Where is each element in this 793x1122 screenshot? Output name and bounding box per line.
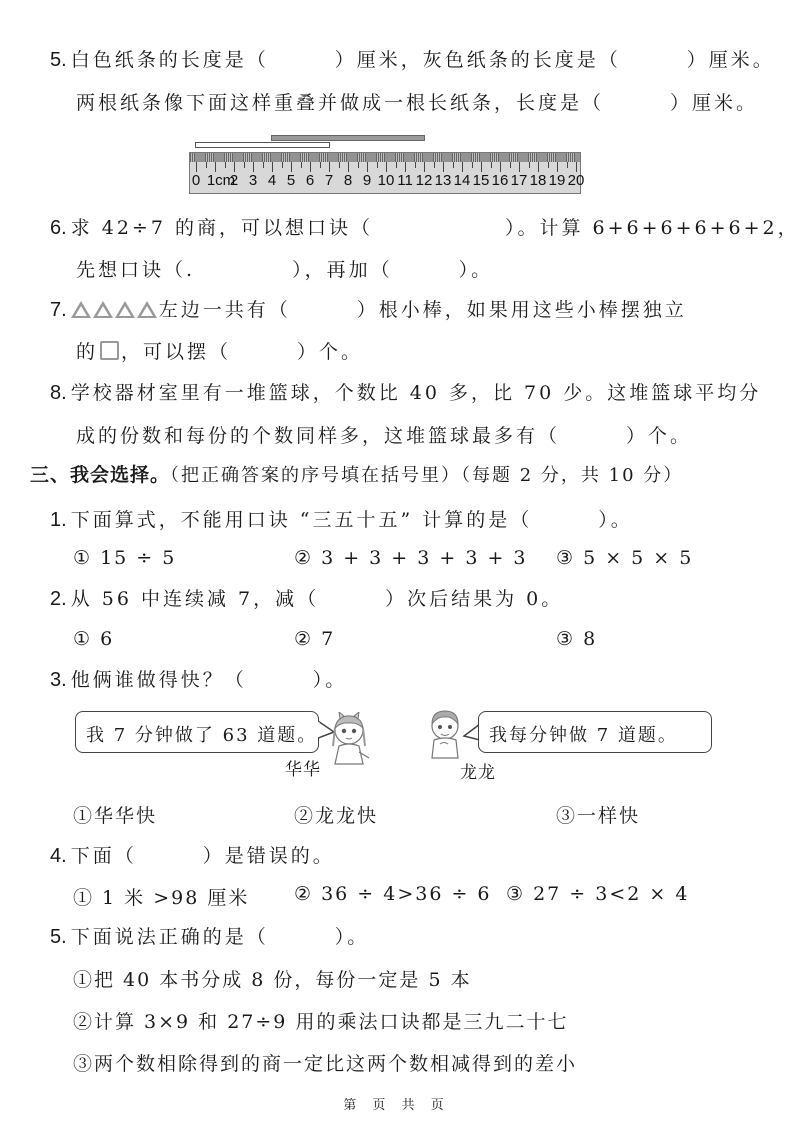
ruler-labels: 01cm234567891011121314151617181920: [196, 172, 576, 192]
ruler-tick: [576, 162, 577, 172]
ruler-tick: [434, 162, 435, 168]
speaker-name-huahua: 华华: [285, 755, 321, 780]
ruler-label: 8: [344, 172, 352, 189]
ruler-tick: [396, 162, 397, 168]
ruler-tick: [234, 162, 235, 172]
ruler-label: 9: [363, 172, 371, 189]
ruler-tick: [424, 162, 425, 172]
q6-text-line2: 先想口诀（. ），再加（ ）。: [76, 259, 493, 281]
s3-q2-stem: 2.从 56 中连续减 7，减（ ）次后结果为 0。: [50, 587, 563, 611]
ruler-tick: [529, 162, 530, 168]
ruler-label: 17: [511, 172, 528, 189]
s3-q5-stem: 5.下面说法正确的是（ ）。: [50, 925, 369, 949]
ruler-tick: [272, 162, 273, 172]
gray-paper-strip: [271, 135, 425, 141]
s3-q4-option-2[interactable]: ② 36 ÷ 4>36 ÷ 6: [294, 883, 492, 905]
ruler-tick: [386, 162, 387, 172]
q7-line2: 的，可以摆（ ）个。: [76, 340, 363, 364]
s3-q1-option-2[interactable]: ② 3 + 3 + 3 + 3 + 3: [294, 547, 528, 569]
ruler-tick: [215, 162, 216, 172]
s3-q4-option-1[interactable]: ① 1 米 >98 厘米: [73, 883, 249, 910]
q7-text-line1: 左边一共有（ ）根小棒，如果用这些小棒摆独立: [159, 299, 687, 321]
s3-q1-option-3[interactable]: ③ 5 × 5 × 5: [556, 547, 693, 569]
ruler-tick: [282, 162, 283, 168]
ruler-tick: [367, 162, 368, 172]
s3-q1-option-1[interactable]: ① 15 ÷ 5: [73, 547, 176, 569]
ruler-tick: [244, 162, 245, 168]
q5-text-line2: 两根纸条像下面这样重叠并做成一根长纸条，长度是（ ）厘米。: [76, 92, 758, 114]
ruler-label: 3: [249, 172, 257, 189]
section3-header: 三、我会选择。（把正确答案的序号填在括号里）（每题 2 分，共 10 分）: [30, 463, 683, 488]
ruler-tick: [206, 162, 207, 168]
ruler-tick: [405, 162, 406, 172]
s3-q3-stem: 3.他俩谁做得快？（ ）。: [50, 668, 347, 692]
s3-q2-number: 2.: [50, 587, 67, 611]
s3-q2-option-3[interactable]: ③ 8: [556, 628, 597, 650]
triangle-icon: [137, 301, 157, 318]
q5-line2: 两根纸条像下面这样重叠并做成一根长纸条，长度是（ ）厘米。: [76, 91, 758, 115]
q8-line2: 成的份数和每份的个数同样多，这堆篮球最多有（ ）个。: [76, 424, 692, 448]
girl-huahua-avatar: [327, 712, 371, 772]
white-paper-strip: [195, 142, 330, 148]
ruler-label: 20: [568, 172, 585, 189]
ruler-label: 10: [378, 172, 395, 189]
ruler-tick: [462, 162, 463, 172]
ruler-tick: [291, 162, 292, 172]
ruler-tick: [310, 162, 311, 172]
ruler-tick: [415, 162, 416, 168]
ruler-tick: [548, 162, 549, 168]
ruler-tick: [538, 162, 539, 172]
ruler-tick: [481, 162, 482, 172]
q6-line2: 先想口诀（. ），再加（ ）。: [76, 258, 493, 282]
ruler-label: 16: [492, 172, 509, 189]
ruler-tick: [443, 162, 444, 172]
ruler-tick: [225, 162, 226, 168]
ruler-label: 7: [325, 172, 333, 189]
q5-text-line1: 白色纸条的长度是（ ）厘米，灰色纸条的长度是（ ）厘米。: [71, 49, 775, 71]
ruler-label: 19: [549, 172, 566, 189]
q6-number: 6.: [50, 216, 67, 240]
ruler-label: 14: [454, 172, 471, 189]
ruler-label: 6: [306, 172, 314, 189]
ruler-tick: [263, 162, 264, 168]
ruler-tick: [339, 162, 340, 168]
ruler-tick: [377, 162, 378, 168]
ruler-tick: [453, 162, 454, 168]
s3-q1-stem: 1.下面算式，不能用口诀 “三五十五” 计算的是（ ）。: [50, 508, 633, 532]
ruler-tick: [472, 162, 473, 168]
s3-q4-stem: 4.下面（ ）是错误的。: [50, 844, 335, 868]
q8-text-line1: 学校器材室里有一堆篮球，个数比 40 多，比 70 少。这堆篮球平均分: [71, 382, 762, 404]
ruler-label: 12: [416, 172, 433, 189]
ruler-figure: 01cm234567891011121314151617181920: [186, 132, 586, 196]
ruler-label: 2: [230, 172, 238, 189]
q5-number: 5.: [50, 48, 67, 72]
q7-text-line2-a: 的: [76, 341, 98, 363]
ruler-tick: [196, 162, 197, 172]
ruler-tick: [567, 162, 568, 168]
ruler-tick: [320, 162, 321, 168]
ruler-label: 5: [287, 172, 295, 189]
s3-q5-option-3[interactable]: ③两个数相除得到的商一定比这两个数相减得到的差小: [73, 1049, 577, 1076]
section3-title: 三、我会选择。: [30, 464, 170, 486]
s3-q5-option-2[interactable]: ②计算 3×9 和 27÷9 用的乘法口诀都是三九二十七: [73, 1007, 568, 1034]
s3-q3-text: 他俩谁做得快？（ ）。: [71, 669, 348, 691]
s3-q3-option-3[interactable]: ③一样快: [556, 801, 640, 828]
q6-line1: 6.求 42÷7 的商，可以想口诀（ ）。计算 6+6+6+6+6+2，: [50, 216, 793, 240]
q6-text-line1: 求 42÷7 的商，可以想口诀（ ）。计算 6+6+6+6+6+2，: [71, 217, 793, 239]
speaker-name-longlong: 龙龙: [460, 758, 496, 783]
ruler-label: 11: [397, 172, 413, 189]
s3-q3-number: 3.: [50, 668, 67, 692]
ruler-label: 0: [192, 172, 200, 189]
s3-q1-number: 1.: [50, 508, 67, 532]
q7-number: 7.: [50, 298, 67, 322]
triangle-sticks-icons: [71, 299, 159, 321]
ruler-tick: [301, 162, 302, 168]
ruler-tick: [500, 162, 501, 172]
ruler-tick: [519, 162, 520, 172]
s3-q4-text: 下面（ ）是错误的。: [71, 845, 335, 867]
speech-bubble-huahua: 我 7 分钟做了 63 道题。: [75, 711, 319, 753]
q7-line1: 7.左边一共有（ ）根小棒，如果用这些小棒摆独立: [50, 298, 687, 322]
triangle-icon: [93, 301, 113, 318]
ruler-label: 18: [530, 172, 547, 189]
ruler-tick: [510, 162, 511, 168]
q8-text-line2: 成的份数和每份的个数同样多，这堆篮球最多有（ ）个。: [76, 425, 692, 447]
triangle-icon: [115, 301, 135, 318]
q5-line1: 5.白色纸条的长度是（ ）厘米，灰色纸条的长度是（ ）厘米。: [50, 48, 775, 72]
speech-bubble-longlong: 我每分钟做 7 道题。: [478, 711, 712, 753]
ruler-tick: [348, 162, 349, 172]
ruler-cm-ticks: [196, 162, 576, 172]
square-icon: [100, 341, 119, 360]
s3-q5-option-1[interactable]: ①把 40 本书分成 8 份，每份一定是 5 本: [73, 965, 472, 992]
s3-q1-text: 下面算式，不能用口诀 “三五十五” 计算的是（ ）。: [71, 509, 633, 531]
huahua-speech-text: 我 7 分钟做了 63 道题。: [86, 725, 317, 746]
ruler-label: 13: [435, 172, 452, 189]
section3-note: （把正确答案的序号填在括号里）（每题 2 分，共 10 分）: [170, 465, 683, 486]
longlong-speech-text: 我每分钟做 7 道题。: [489, 725, 678, 746]
boy-longlong-avatar: [426, 708, 464, 760]
q8-line1: 8.学校器材室里有一堆篮球，个数比 40 多，比 70 少。这堆篮球平均分: [50, 381, 761, 405]
s3-q2-text: 从 56 中连续减 7，减（ ）次后结果为 0。: [71, 588, 564, 610]
s3-q2-option-2[interactable]: ② 7: [294, 628, 335, 650]
ruler-tick: [557, 162, 558, 172]
s3-q4-number: 4.: [50, 844, 67, 868]
ruler-label: 15: [473, 172, 490, 189]
s3-q5-number: 5.: [50, 925, 67, 949]
ruler-tick: [329, 162, 330, 172]
s3-q3-option-2[interactable]: ②龙龙快: [294, 801, 378, 828]
ruler-tick: [491, 162, 492, 168]
s3-q4-option-3[interactable]: ③ 27 ÷ 3<2 × 4: [506, 883, 689, 905]
ruler-mm-ticks: [190, 153, 580, 162]
s3-q2-option-1[interactable]: ① 6: [73, 628, 114, 650]
q7-text-line2-b: ，可以摆（ ）个。: [121, 341, 363, 363]
s3-q5-text: 下面说法正确的是（ ）。: [71, 926, 370, 948]
ruler-label: 4: [268, 172, 276, 189]
ruler-tick: [253, 162, 254, 172]
triangle-icon: [71, 301, 91, 318]
page-footer: 第 页 共 页: [0, 1094, 793, 1113]
q8-number: 8.: [50, 381, 67, 405]
ruler: 01cm234567891011121314151617181920: [189, 152, 581, 194]
ruler-tick: [358, 162, 359, 168]
s3-q3-option-1[interactable]: ①华华快: [73, 801, 157, 828]
